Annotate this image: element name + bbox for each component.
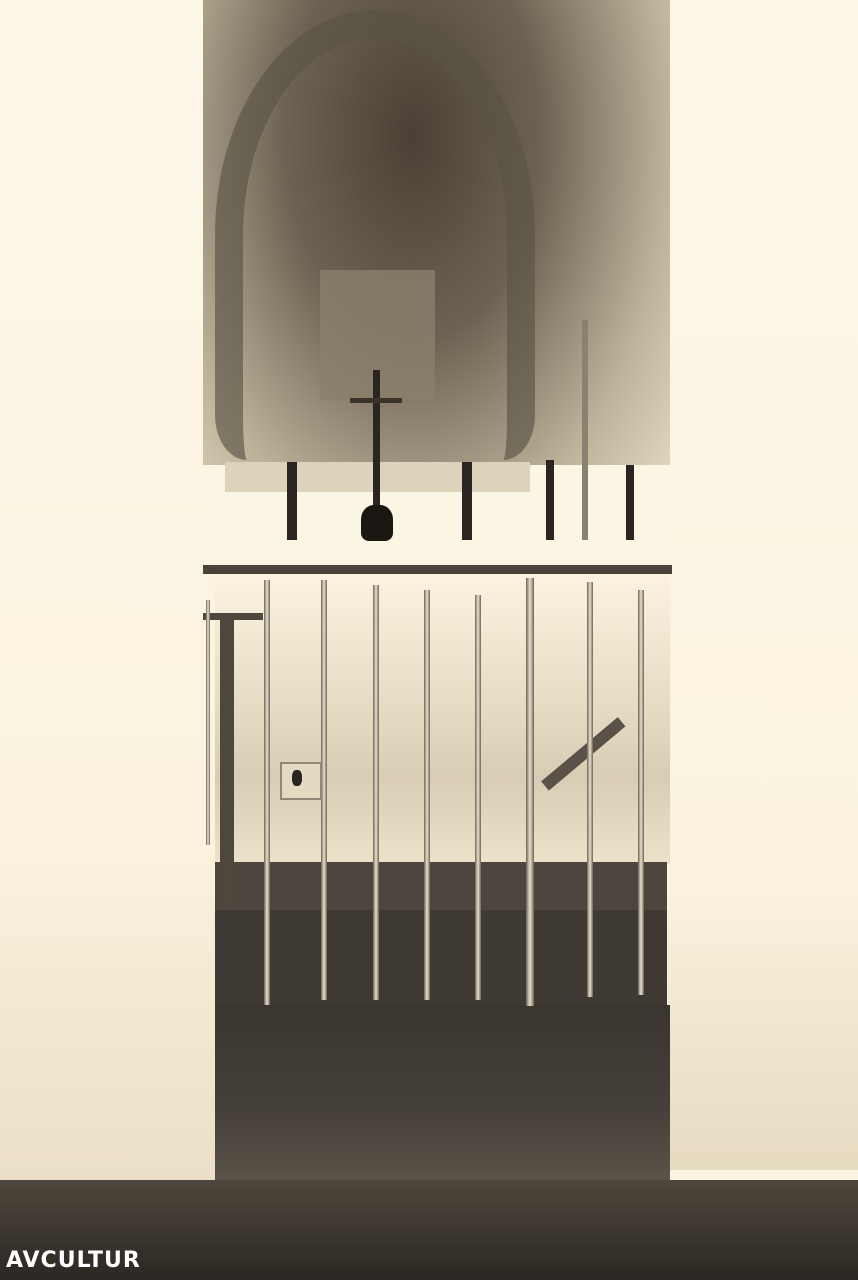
left-wall — [0, 0, 215, 1190]
railing-bar — [373, 585, 379, 1000]
photograph — [0, 0, 858, 1280]
railing-bar — [475, 595, 481, 1000]
back-wall — [215, 574, 670, 864]
crucifix-base — [361, 505, 393, 541]
right-wall — [668, 0, 858, 1170]
railing-bar — [424, 590, 430, 1000]
gate-frame — [220, 620, 234, 910]
keyhole — [292, 770, 302, 786]
gate-crossbar — [203, 613, 263, 620]
railing-top-bar — [203, 565, 672, 574]
railing-bar — [638, 590, 644, 995]
railing-bar — [587, 582, 593, 997]
candlestick — [582, 320, 588, 540]
baseboard — [215, 862, 667, 910]
vase — [546, 460, 554, 540]
railing-bar — [264, 580, 270, 1005]
floor — [215, 1005, 670, 1195]
vase — [626, 465, 634, 540]
watermark: AVCULTUR — [6, 1248, 141, 1273]
candlestick — [462, 462, 472, 540]
railing-bar — [526, 578, 534, 1006]
crucifix-arm — [350, 398, 402, 403]
floor-band — [215, 910, 667, 1010]
candlestick — [287, 462, 297, 540]
railing-bar — [206, 600, 210, 845]
